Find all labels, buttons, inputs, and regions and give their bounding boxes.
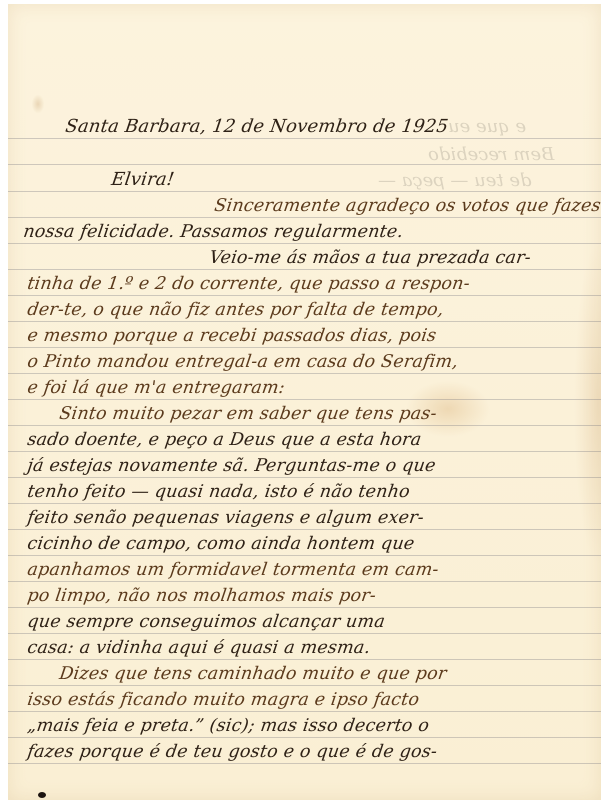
ruled-line: [8, 581, 601, 582]
letter-line: Sinto muito pezar em saber que tens pas-: [58, 404, 438, 424]
letter-line: sado doente, e peço a Deus que a esta ho…: [26, 430, 423, 450]
letter-salutation: Elvira!: [110, 169, 176, 190]
letter-line: casa: a vidinha aqui é quasi a mesma.: [26, 638, 372, 658]
letter-line: e foi lá que m'a entregaram:: [26, 378, 286, 398]
letter-line: po limpo, não nos molhamos mais por-: [26, 586, 377, 606]
ruled-line: [8, 633, 601, 634]
ruled-line: [8, 477, 601, 478]
letter-line: cicinho de campo, como ainda hontem que: [26, 534, 416, 554]
ruled-line: [8, 529, 601, 530]
letter-line: tenho feito — quasi nada, isto é não ten…: [26, 482, 411, 502]
letter-line: Veio-me ás mãos a tua prezada car-: [208, 248, 532, 268]
ruled-line: [8, 711, 601, 712]
ruled-line: [8, 399, 601, 400]
ruled-line: [8, 503, 601, 504]
letter-date-line: Santa Barbara, 12 de Novembro de 1925: [64, 116, 450, 137]
letter-line: o Pinto mandou entregal-a em casa do Ser…: [26, 352, 459, 372]
ruled-line: [8, 451, 601, 452]
letter-line: Sinceramente agradeço os votos que fazes…: [213, 196, 601, 216]
ruled-line: [8, 685, 601, 686]
letter-line: nossa felicidade. Passamos regularmente.: [22, 222, 405, 242]
ruled-line: [8, 191, 601, 192]
ruled-line: [8, 321, 601, 322]
ruled-line: [8, 217, 601, 218]
bleed-through-text: e que eu: [448, 116, 526, 137]
bleed-through-text: Bem recebido: [428, 144, 554, 165]
letter-line: „mais feia e preta.” (sic); mas isso dec…: [26, 716, 431, 736]
ruled-line: [8, 269, 601, 270]
ruled-line: [8, 659, 601, 660]
letter-line: que sempre conseguimos alcançar uma: [26, 612, 386, 632]
letter-line: apanhamos um formidavel tormenta em cam-: [26, 560, 440, 580]
ink-blot: [38, 792, 46, 798]
ruled-line: [8, 373, 601, 374]
letter-line: já estejas novamente sã. Perguntas-me o …: [26, 456, 437, 476]
bleed-through-text: de teu — peça —: [378, 170, 532, 191]
letter-page: e que eu Bem recebido de teu — peça — Sa…: [8, 4, 601, 800]
letter-line: der-te, o que não fiz antes por falta de…: [26, 300, 445, 320]
letter-line: Dizes que tens caminhado muito e que por: [58, 664, 448, 684]
ruled-line: [8, 555, 601, 556]
ruled-line: [8, 295, 601, 296]
letter-line: isso estás ficando muito magra e ipso fa…: [26, 690, 421, 710]
ruled-line: [8, 138, 601, 139]
letter-line: fazes porque é de teu gosto e o que é de…: [26, 742, 439, 762]
ruled-line: [8, 243, 601, 244]
ruled-line: [8, 763, 601, 764]
ruled-line: [8, 347, 601, 348]
ruled-line: [8, 607, 601, 608]
ruled-line: [8, 425, 601, 426]
letter-line: e mesmo porque a recebi passados dias, p…: [26, 326, 438, 346]
ruled-line: [8, 737, 601, 738]
letter-line: feito senão pequenas viagens e algum exe…: [26, 508, 425, 528]
letter-line: tinha de 1.º e 2 do corrente, que passo …: [26, 274, 471, 294]
